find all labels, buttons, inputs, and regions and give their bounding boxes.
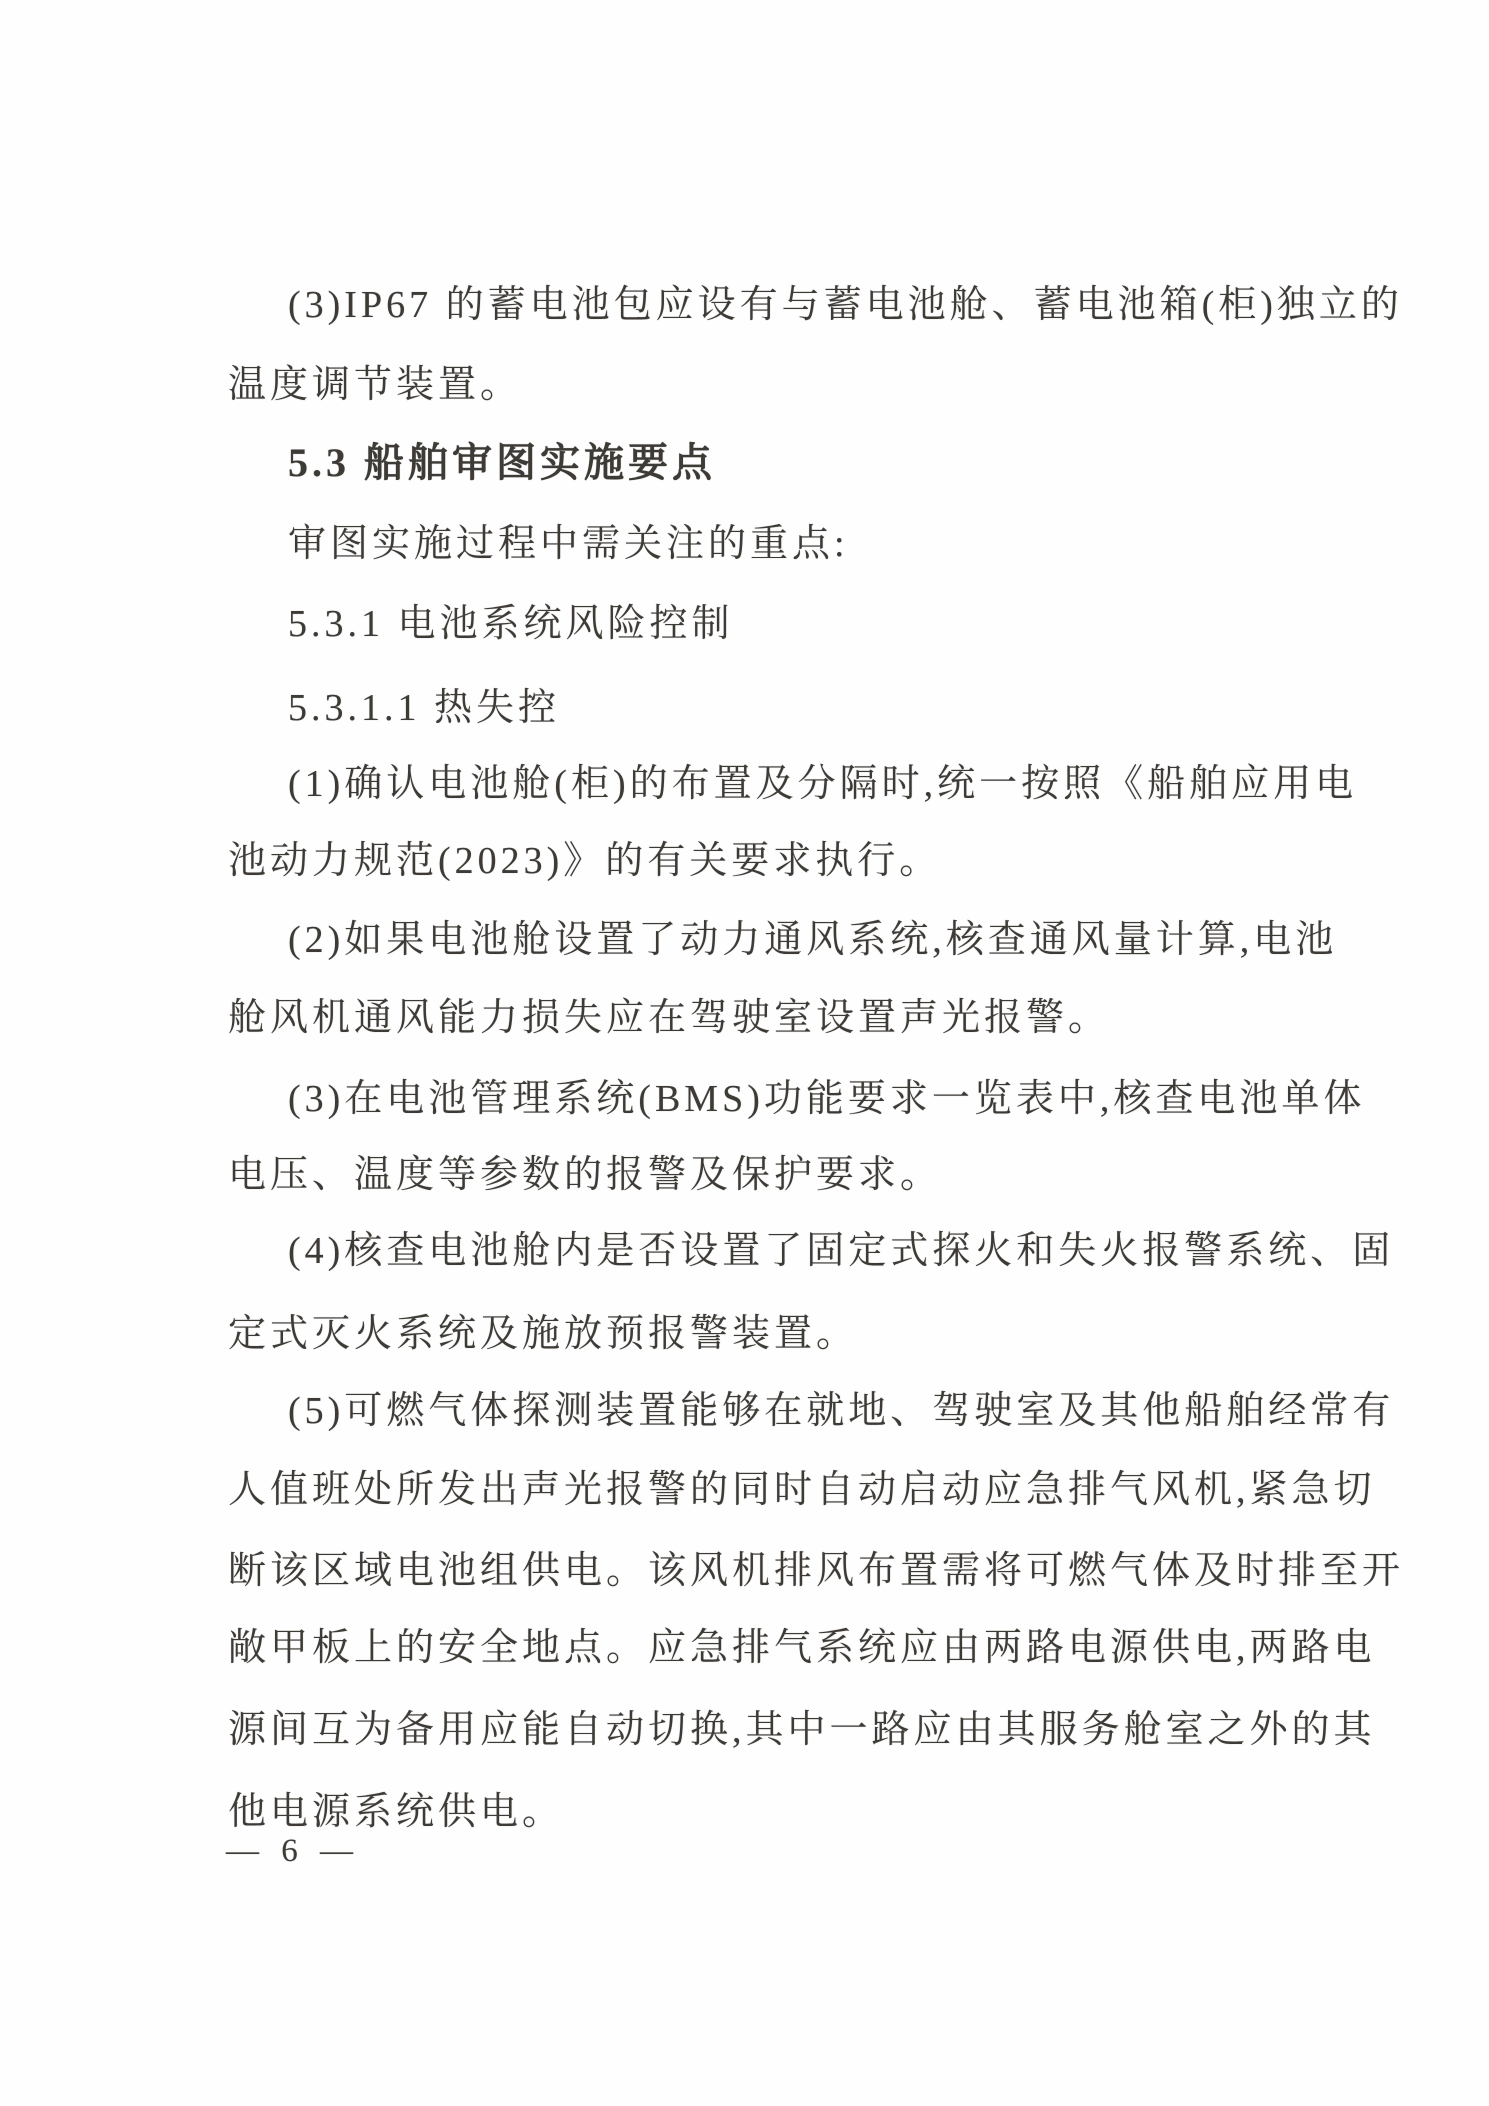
heading-5-3-1: 5.3.1 电池系统风险控制 — [288, 602, 734, 646]
item-2-line-2: 舱风机通风能力损失应在驾驶室设置声光报警。 — [228, 996, 1110, 1040]
item-5-line-1: (5)可燃气体探测装置能够在就地、驾驶室及其他船舶经常有 — [288, 1389, 1394, 1433]
heading-5-3-1-1: 5.3.1.1 热失控 — [288, 686, 560, 730]
item-5-line-6: 他电源系统供电。 — [228, 1790, 564, 1834]
item-4-line-1: (4)核查电池舱内是否设置了固定式探火和失火报警系统、固 — [288, 1229, 1394, 1273]
item-1-line-1: (1)确认电池舱(柜)的布置及分隔时,统一按照《船舶应用电 — [288, 762, 1357, 806]
para-ip67-line-2: 温度调节装置。 — [228, 363, 522, 407]
heading-5-3: 5.3 船舶审图实施要点 — [288, 441, 716, 485]
item-5-line-5: 源间互为备用应能自动切换,其中一路应由其服务舱室之外的其 — [228, 1708, 1376, 1752]
item-1-line-2: 池动力规范(2023)》的有关要求执行。 — [228, 839, 941, 883]
item-3-line-2: 电压、温度等参数的报警及保护要求。 — [228, 1153, 942, 1197]
item-5-line-2: 人值班处所发出声光报警的同时自动启动应急排气风机,紧急切 — [228, 1468, 1376, 1512]
item-5-line-3: 断该区域电池组供电。该风机排风布置需将可燃气体及时排至开 — [228, 1549, 1404, 1593]
para-ip67-line-1: (3)IP67 的蓄电池包应设有与蓄电池舱、蓄电池箱(柜)独立的 — [288, 283, 1403, 327]
item-3-line-1: (3)在电池管理系统(BMS)功能要求一览表中,核查电池单体 — [288, 1077, 1365, 1121]
item-5-line-4: 敞甲板上的安全地点。应急排气系统应由两路电源供电,两路电 — [228, 1626, 1376, 1670]
para-intro-line: 审图实施过程中需关注的重点: — [288, 522, 849, 566]
item-4-line-2: 定式灭火系统及施放预报警装置。 — [228, 1312, 858, 1356]
page-number: — 6 — — [226, 1833, 360, 1870]
item-2-line-1: (2)如果电池舱设置了动力通风系统,核查通风量计算,电池 — [288, 918, 1337, 962]
scanned-document-page: (3)IP67 的蓄电池包应设有与蓄电池舱、蓄电池箱(柜)独立的 温度调节装置。… — [0, 0, 1489, 2106]
